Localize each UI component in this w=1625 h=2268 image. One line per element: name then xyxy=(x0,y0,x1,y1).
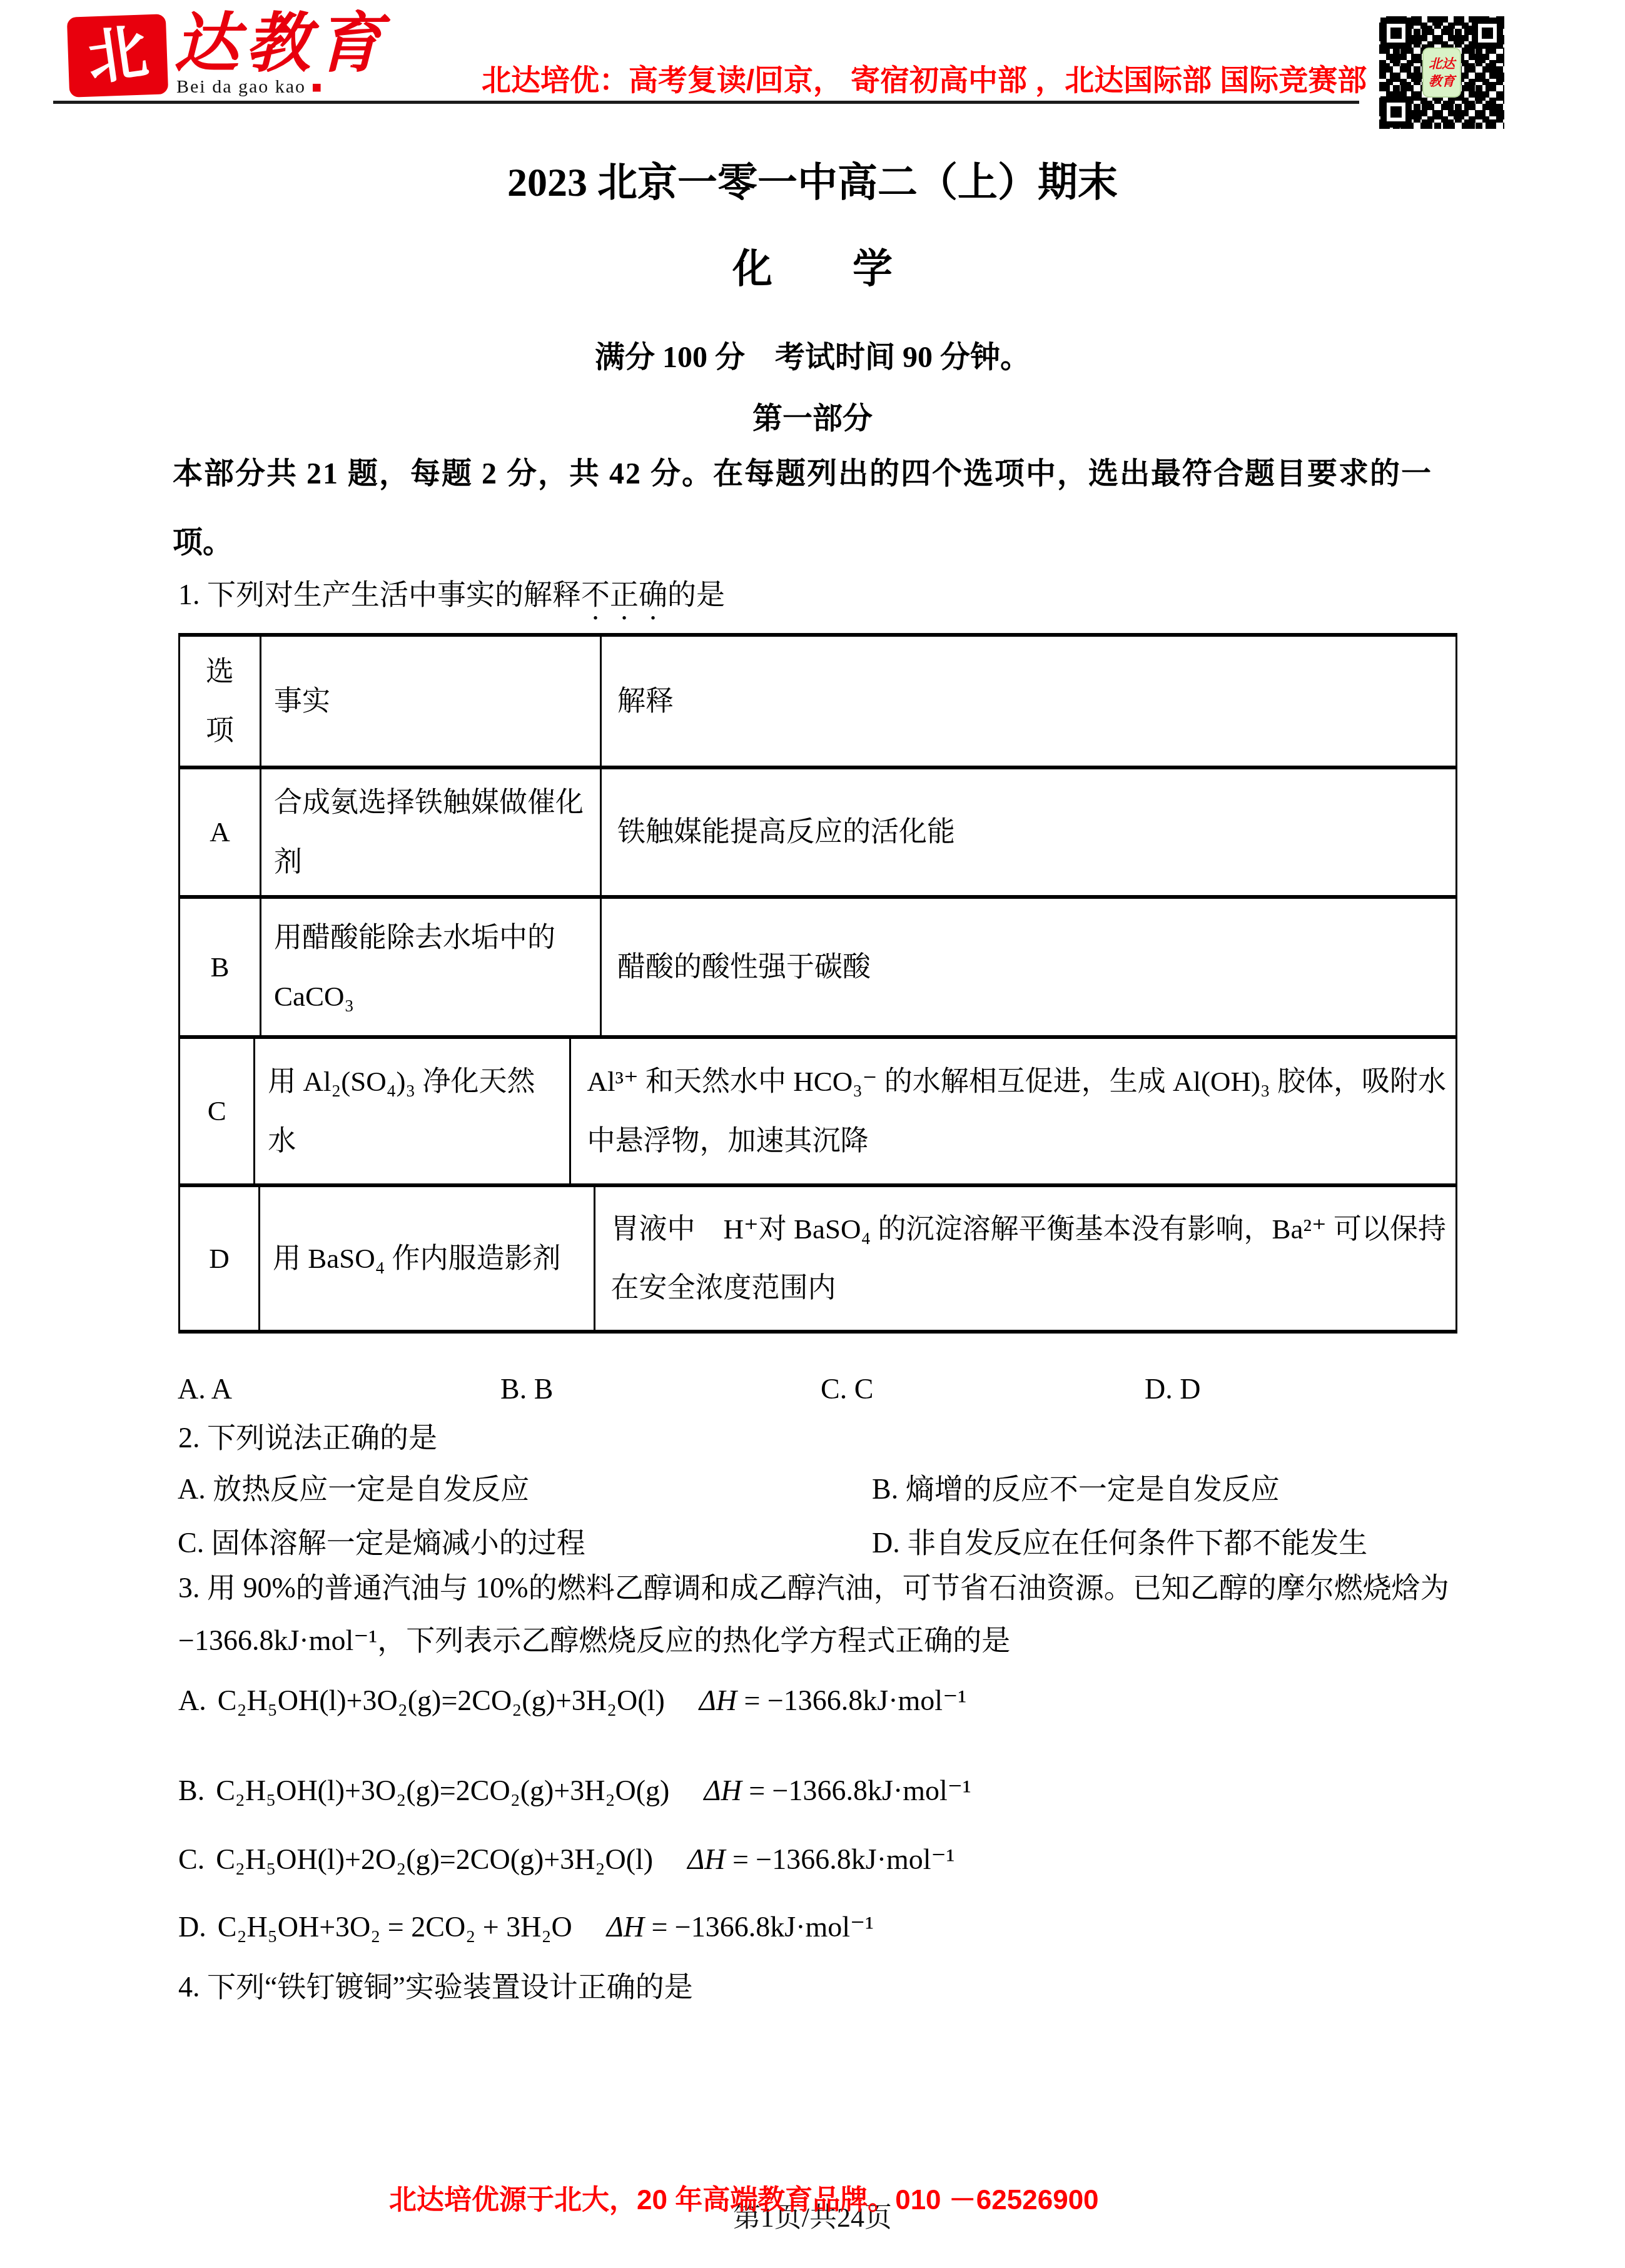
q3-option-c-equation: C₂H₅OH(l)+2O₂(g)=2CO(g)+3H₂O(l) xyxy=(216,1843,653,1875)
qr-badge-line1: 北达 xyxy=(1429,55,1455,73)
logo-roman-text: Bei da gao kao xyxy=(176,76,306,97)
q1-row-b-fact-line1: 用醋酸能除去水垢中的 xyxy=(274,908,555,968)
logo-script-text: 达教育 xyxy=(174,9,388,80)
q1-row-d-option: D xyxy=(180,1187,258,1330)
q1-table-header-option: 选 项 xyxy=(180,637,260,766)
logo-seal: 北 xyxy=(69,16,166,95)
q1-table-row-a: A 合成氨选择铁触媒做催化剂 铁触媒能提高反应的活化能 xyxy=(180,769,1455,899)
q1-row-c-explain: Al³⁺ 和天然水中 HCO₃⁻ 的水解相互促进，生成 Al(OH)₃ 胶体，吸… xyxy=(569,1039,1455,1183)
q1-answer-a: A. A xyxy=(178,1371,232,1407)
q1-row-b-fact-line2: CaCO₃ xyxy=(274,967,354,1026)
q3-option-c-delta-h: ΔH xyxy=(687,1843,725,1875)
q3-option-d-label: D. xyxy=(178,1911,206,1943)
q1-row-c-fact-line2: 水 xyxy=(268,1111,296,1171)
header-tagline: 北达培优：高考复读/回京， 寄宿初高中部 ，北达国际部 国际竞赛部 xyxy=(482,62,1367,99)
q1-table-row-d: D 用 BaSO₄ 作内服造影剂 胃液中 H⁺对 BaSO₄ 的沉淀溶解平衡基本… xyxy=(180,1187,1455,1334)
q3-option-d-delta-h: ΔH xyxy=(607,1911,644,1943)
q3-option-b-delta-h-value: = −1366.8kJ·mol⁻¹ xyxy=(749,1774,971,1806)
q3-option-c-row: C.C₂H₅OH(l)+2O₂(g)=2CO(g)+3H₂O(l)ΔH = −1… xyxy=(178,1841,955,1878)
q1-stem-prefix: 1. 下列对生产生活中事实的解释 xyxy=(178,579,581,610)
qr-badge-line2: 教育 xyxy=(1429,73,1455,90)
q1-table-header-row: 选 项 事实 解释 xyxy=(180,637,1455,769)
q3-option-a-delta-h: ΔH xyxy=(699,1684,737,1716)
exam-title: 2023 北京一零一中高二（上）期末 xyxy=(0,158,1625,208)
q3-option-c-delta-h-value: = −1366.8kJ·mol⁻¹ xyxy=(732,1843,955,1875)
q1-row-d-fact: 用 BaSO₄ 作内服造影剂 xyxy=(258,1187,594,1330)
question-2-stem: 2. 下列说法正确的是 xyxy=(178,1420,437,1456)
footer-promo: 北达培优源于北大，20 年高端教育品牌。010 －62526900 xyxy=(389,2183,1099,2217)
q3-option-a-equation: C₂H₅OH(l)+3O₂(g)=2CO₂(g)+3H₂O(l) xyxy=(218,1684,665,1716)
question-4-stem: 4. 下列“铁钉镀铜”实验装置设计正确的是 xyxy=(178,1969,693,2005)
q1-row-d-explain: 胃液中 H⁺对 BaSO₄ 的沉淀溶解平衡基本没有影响，Ba²⁺ 可以保持 在安… xyxy=(594,1187,1455,1330)
q1-table-row-b: B 用醋酸能除去水垢中的 CaCO₃ 醋酸的酸性强于碳酸 xyxy=(180,899,1455,1039)
q3-option-d-equation: C₂H₅OH+3O₂ = 2CO₂ + 3H₂O xyxy=(218,1911,572,1943)
q1-row-a-fact: 合成氨选择铁触媒做催化剂 xyxy=(260,769,600,895)
exam-info: 满分 100 分 考试时间 90 分钟。 xyxy=(0,339,1625,377)
q1-header-option-char1: 选 xyxy=(206,642,234,702)
q1-row-b-option: B xyxy=(180,899,260,1035)
q1-answer-d: D. D xyxy=(1145,1371,1200,1407)
logo-seal-character: 北 xyxy=(84,22,151,89)
intro-paragraph-line2: 项。 xyxy=(173,524,233,562)
section-heading: 第一部分 xyxy=(0,400,1625,438)
q1-row-c-explain-line1: Al³⁺ 和天然水中 HCO₃⁻ 的水解相互促进，生成 Al(OH)₃ 胶体，吸… xyxy=(587,1052,1446,1111)
q3-option-b-label: B. xyxy=(178,1774,205,1806)
q2-option-d: D. 非自发反应在任何条件下都不能发生 xyxy=(872,1525,1367,1561)
header-divider-line xyxy=(53,101,1359,104)
q1-answer-c: C. C xyxy=(821,1371,873,1407)
q1-answer-b: B. B xyxy=(500,1371,553,1407)
qr-code: 北达 教育 xyxy=(1379,16,1504,129)
q3-option-d-delta-h-value: = −1366.8kJ·mol⁻¹ xyxy=(651,1911,874,1943)
q2-option-a: A. 放热反应一定是自发反应 xyxy=(178,1471,529,1507)
question-1-stem: 1. 下列对生产生活中事实的解释不正确的是 xyxy=(178,577,725,626)
q3-option-a-label: A. xyxy=(178,1684,206,1716)
q1-table-header-explain: 解释 xyxy=(600,637,1455,766)
q1-row-d-explain-line1: 胃液中 H⁺对 BaSO₄ 的沉淀溶解平衡基本没有影响，Ba²⁺ 可以保持 xyxy=(611,1200,1446,1259)
q3-option-a-row: A.C₂H₅OH(l)+3O₂(g)=2CO₂(g)+3H₂O(l)ΔH = −… xyxy=(178,1683,966,1719)
q3-option-b-equation: C₂H₅OH(l)+3O₂(g)=2CO₂(g)+3H₂O(g) xyxy=(216,1774,669,1806)
qr-center-badge: 北达 教育 xyxy=(1422,48,1461,98)
intro-paragraph-line1: 本部分共 21 题，每题 2 分，共 42 分。在每题列出的四个选项中，选出最符… xyxy=(173,455,1455,493)
q1-row-b-explain: 醋酸的酸性强于碳酸 xyxy=(600,899,1455,1035)
logo-romanization: Bei da gao kao ■ xyxy=(176,75,323,99)
q3-option-c-label: C. xyxy=(178,1843,205,1875)
q3-option-b-delta-h: ΔH xyxy=(704,1774,741,1806)
q1-row-d-explain-line2: 在安全浓度范围内 xyxy=(611,1258,836,1318)
q1-table-row-c: C 用 Al₂(SO₄)₃ 净化天然 水 Al³⁺ 和天然水中 HCO₃⁻ 的水… xyxy=(180,1039,1455,1187)
q1-stem-emphasized: 不正确 xyxy=(581,579,667,610)
q1-row-c-fact-line1: 用 Al₂(SO₄)₃ 净化天然 xyxy=(268,1052,535,1111)
q1-table: 选 项 事实 解释 A 合成氨选择铁触媒做催化剂 铁触媒能提高反应的活化能 B … xyxy=(178,633,1457,1334)
subject-title: 化 学 xyxy=(0,244,1625,294)
q2-option-c: C. 固体溶解一定是熵减小的过程 xyxy=(178,1525,585,1561)
q1-row-c-fact: 用 Al₂(SO₄)₃ 净化天然 水 xyxy=(253,1039,569,1183)
q2-option-b: B. 熵增的反应不一定是自发反应 xyxy=(872,1471,1280,1507)
q3-option-b-row: B.C₂H₅OH(l)+3O₂(g)=2CO₂(g)+3H₂O(g)ΔH = −… xyxy=(178,1773,971,1809)
q1-row-a-option: A xyxy=(180,769,260,895)
question-3-stem-line2: −1366.8kJ·mol⁻¹，下列表示乙醇燃烧反应的热化学方程式正确的是 xyxy=(178,1623,1010,1659)
q3-option-a-delta-h-value: = −1366.8kJ·mol⁻¹ xyxy=(744,1684,966,1716)
q1-row-c-explain-line2: 中悬浮物，加速其沉降 xyxy=(587,1111,868,1171)
logo-red-square: ■ xyxy=(312,78,323,96)
q1-header-option-char2: 项 xyxy=(206,701,234,761)
question-3-stem-line1: 3. 用 90%的普通汽油与 10%的燃料乙醇调和成乙醇汽油，可节省石油资源。已… xyxy=(178,1570,1449,1606)
qr-finder-top-left-icon xyxy=(1380,18,1412,49)
q1-row-b-fact: 用醋酸能除去水垢中的 CaCO₃ xyxy=(260,899,600,1035)
q1-table-header-fact: 事实 xyxy=(260,637,600,766)
q3-option-d-row: D.C₂H₅OH+3O₂ = 2CO₂ + 3H₂OΔH = −1366.8kJ… xyxy=(178,1909,874,1945)
exam-page: 北 达教育 Bei da gao kao ■ 北达培优：高考复读/回京， 寄宿初… xyxy=(0,0,1625,2268)
qr-finder-bottom-left-icon xyxy=(1380,96,1412,128)
qr-finder-top-right-icon xyxy=(1472,18,1503,49)
q1-row-a-explain: 铁触媒能提高反应的活化能 xyxy=(600,769,1455,895)
q1-row-c-option: C xyxy=(180,1039,253,1183)
q1-stem-suffix: 的是 xyxy=(667,579,725,610)
